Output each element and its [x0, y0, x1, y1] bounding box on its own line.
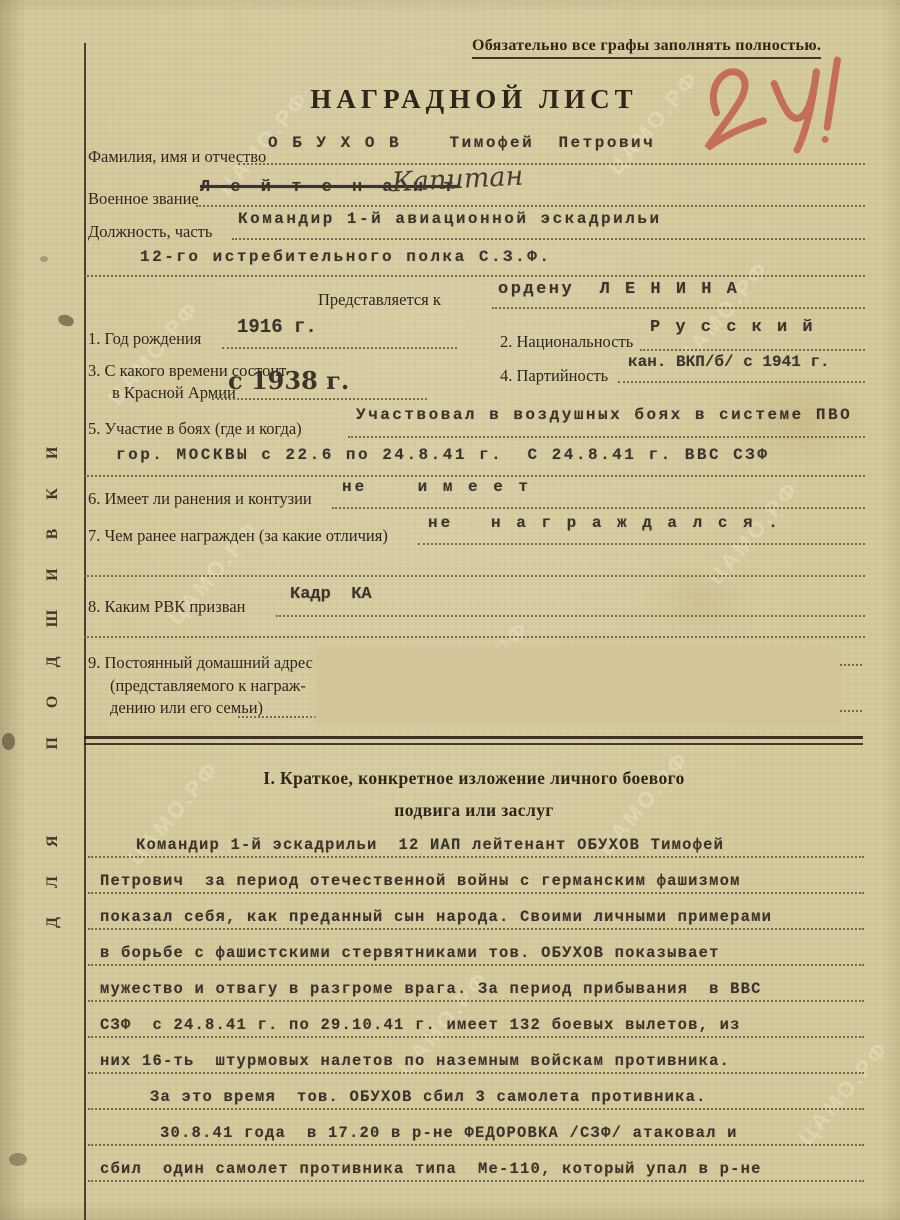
section1-heading-line1: I. Краткое, конкретное изложение личного…: [84, 768, 864, 789]
dotted-line: [418, 543, 865, 545]
dotted-line: [618, 381, 865, 383]
nominated-value: ордену Л Е Н И Н А: [498, 280, 739, 299]
body-line: Командир 1-й эскадрильи 12 ИАП лейтенант…: [88, 822, 864, 858]
ink-blot: [57, 313, 76, 328]
dotted-line: [232, 238, 865, 240]
body-line: Петрович за период отечественной войны с…: [88, 858, 864, 894]
form-left-border: [84, 43, 86, 1220]
body-line: За это время тов. ОБУХОВ сбил 3 самолета…: [88, 1074, 864, 1110]
rank-label: Военное звание: [88, 189, 199, 209]
combat-participation-value-line1: Участвовал в воздушных боях в системе ПВ…: [356, 406, 852, 424]
previous-awards-value: не н а г р а ж д а л с я .: [428, 514, 781, 532]
section1-body: Командир 1-й эскадрильи 12 ИАП лейтенант…: [88, 822, 864, 1182]
dotted-line: [640, 349, 865, 351]
body-line: мужество и отвагу в разгроме врага. За п…: [88, 966, 864, 1002]
party-label: 4. Партийность: [500, 366, 608, 386]
dotted-line: [492, 307, 865, 309]
previous-awards-label: 7. Чем ранее награжден (за какие отличия…: [88, 526, 388, 546]
dotted-line: [348, 436, 865, 438]
surname-value: О Б У Х О В Тимофей Петрович: [268, 134, 655, 152]
paper-tear-mark: [2, 733, 15, 750]
paper-tear-mark: [9, 1153, 27, 1166]
body-line: 30.8.41 года в 17.20 в р-не ФЕДОРОВКА /С…: [88, 1110, 864, 1146]
nationality-label: 2. Национальность: [500, 332, 633, 352]
scanned-award-sheet: ЦАМО.РФ ЦАМО.РФ ЦАМО.РФ ЦАМО.РФ ЦАМО.РФ …: [0, 0, 900, 1220]
filing-margin-stamp: ДЛЯ ПОДШИВКИ: [44, 418, 62, 928]
body-line: сбил один самолет противника типа Ме-110…: [88, 1146, 864, 1182]
body-line: показал себя, как преданный сын народа. …: [88, 894, 864, 930]
section1-heading-line2: подвига или заслуг: [84, 800, 864, 821]
conscription-office-value: Кадр КА: [290, 585, 372, 604]
conscription-office-label: 8. Каким РВК призван: [88, 597, 246, 617]
nominated-label: Представляется к: [318, 290, 441, 310]
dotted-line: [238, 163, 865, 165]
home-address-label-line1: 9. Постоянный домашний адрес: [88, 653, 313, 673]
wounds-label: 6. Имеет ли ранения и контузии: [88, 489, 312, 509]
redacted-address-patch: [318, 648, 838, 722]
party-value: кан. ВКП/б/ с 1941 г.: [628, 353, 830, 371]
dotted-line: [84, 475, 865, 477]
dotted-line: [212, 398, 427, 400]
dotted-line: [332, 507, 865, 509]
dotted-line: [196, 205, 865, 207]
home-address-label-line3: дению или его семьи): [110, 698, 263, 718]
position-value-line2: 12-го истребительного полка С.З.Ф.: [140, 248, 551, 266]
birth-year-value: 1916 г.: [237, 316, 317, 338]
position-label: Должность, часть: [88, 222, 212, 242]
ink-speck: [40, 256, 48, 262]
combat-participation-label: 5. Участие в боях (где и когда): [88, 419, 302, 439]
page-title: НАГРАДНОЙ ЛИСТ: [310, 84, 637, 114]
dotted-line: [238, 716, 316, 718]
section-divider-rule: [84, 736, 863, 745]
dotted-line: [840, 664, 862, 666]
dotted-line: [276, 615, 865, 617]
handwritten-page-number: [681, 41, 860, 168]
dotted-line: [222, 347, 457, 349]
dotted-line: [84, 636, 865, 638]
dotted-line: [84, 275, 865, 277]
wounds-value: не и м е е т: [342, 478, 531, 496]
service-since-value: с 1938 г.: [228, 366, 349, 395]
body-line: них 16-ть штурмовых налетов по наземным …: [88, 1038, 864, 1074]
service-since-label-line2: в Красной Армии: [112, 383, 236, 403]
body-line: в борьбе с фашистскими стервятниками тов…: [88, 930, 864, 966]
birth-year-label: 1. Год рождения: [88, 329, 201, 349]
dotted-line: [84, 575, 865, 577]
home-address-label-line2: (представляемого к награж-: [110, 676, 306, 696]
rank-handwritten-value: Капитан: [391, 161, 524, 199]
paper-stain: [640, 560, 760, 640]
combat-participation-value-line2: гор. МОСКВЫ с 22.6 по 24.8.41 г. С 24.8.…: [116, 446, 769, 464]
body-line: СЗФ с 24.8.41 г. по 29.10.41 г. имеет 13…: [88, 1002, 864, 1038]
nationality-value: Р у с с к и й: [650, 318, 815, 337]
position-value: Командир 1-й авиационной эскадрильи: [238, 210, 662, 228]
dotted-line: [840, 710, 862, 712]
